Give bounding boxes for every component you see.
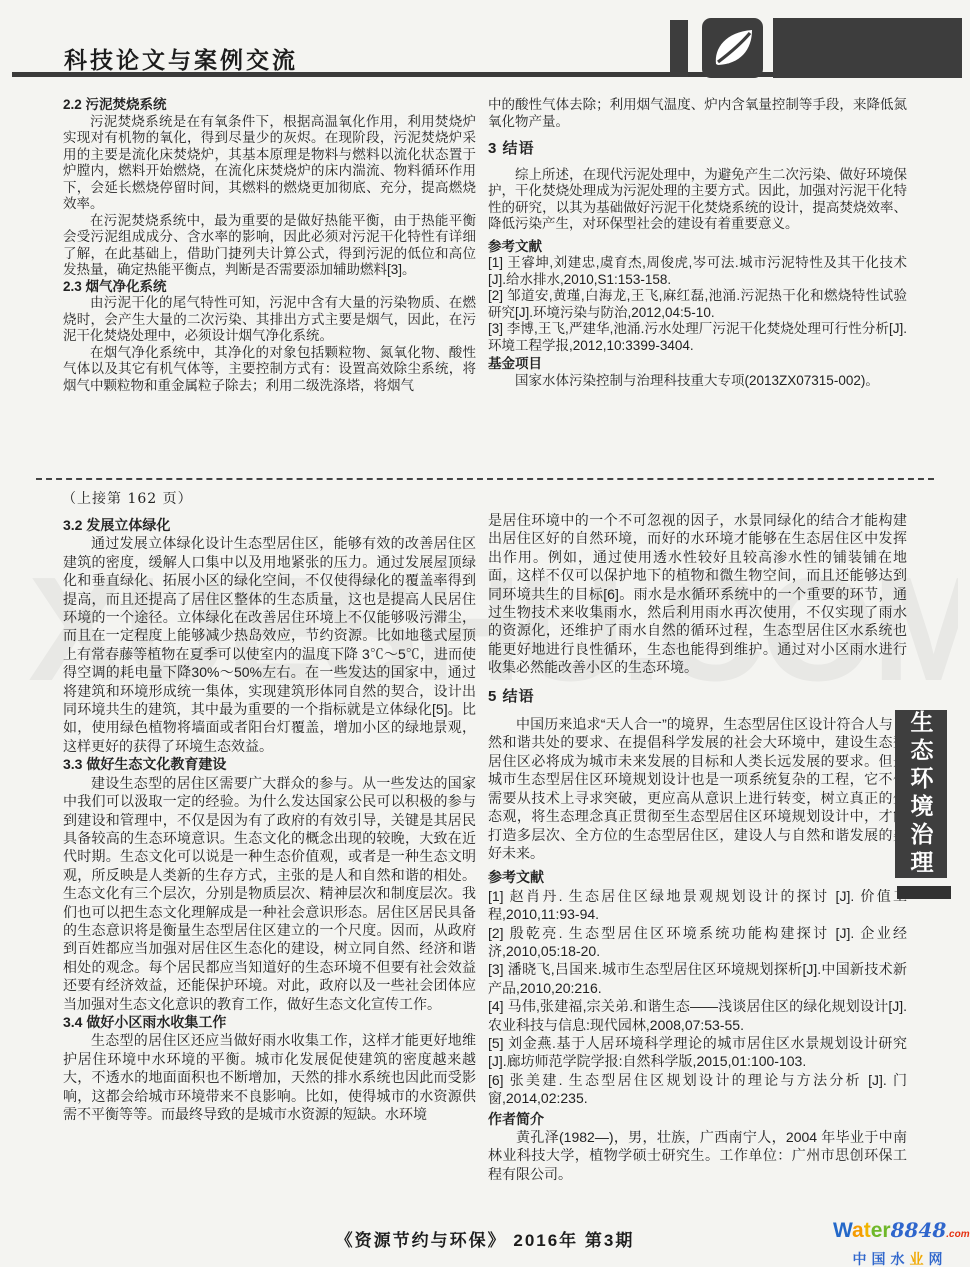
brand-letter: t — [864, 1219, 871, 1242]
brand-letter: r — [882, 1219, 890, 1242]
brand-letter: e — [871, 1219, 883, 1242]
reference-item: [2] 邹道安,黄瑾,白海龙,王飞,麻红磊,池涌.污泥热干化和燃烧特性试验研究[… — [488, 288, 907, 321]
bottom-article-left-column: 3.2 发展立体绿化 通过发展立体绿化设计生态型居住区，能够有效的改善居住区建筑… — [63, 516, 476, 1123]
journal-logo — [702, 18, 763, 78]
heading-flue-gas-purification: 2.3 烟气净化系统 — [63, 279, 476, 296]
heading-references-bottom: 参考文献 — [488, 868, 907, 886]
tagline-char: 水 — [891, 1251, 910, 1267]
paragraph-rainwater-continued: 是居住环境中的一个不可忽视的因子，水景同绿化的结合才能构建出居住区好的自然环境，… — [488, 511, 907, 677]
paragraph-flue-gas-continued: 中的酸性气体去除；利用烟气温度、炉内含氧量控制等手段，来降低氮氧化物产量。 — [488, 97, 907, 130]
paragraph-eco-culture: 建设生态型的居住区需要广大群众的参与。从一些发达的国家中我们可以汲取一定的经验。… — [63, 774, 476, 1013]
page-title: 科技论文与案例交流 — [64, 42, 298, 75]
brand-letter: W — [833, 1219, 852, 1242]
tagline-char: 网 — [929, 1251, 948, 1267]
brand-letter: a — [852, 1219, 864, 1242]
reference-item: [1] 赵肖丹. 生态居住区绿地景观规划设计的探讨 [J]. 价值工程,2010… — [488, 887, 907, 924]
heading-vertical-greening: 3.2 发展立体绿化 — [63, 516, 476, 534]
water8848-tagline: 中国水业网 — [833, 1249, 967, 1267]
leaf-icon — [708, 22, 758, 74]
heading-references-top: 参考文献 — [488, 239, 907, 256]
paragraph-fund-project: 国家水体污染控制与治理科技重大专项(2013ZX07315-002)。 — [488, 373, 907, 390]
water8848-wordmark: Water8848.com — [833, 1218, 967, 1247]
reference-item: [1] 王睿坤,刘建忠,虞育杰,周俊虎,岑可法.城市污泥特性及其干化技术[J].… — [488, 255, 907, 288]
reference-item: [4] 马伟,张建福,宗关弟.和谐生态——浅谈居住区的绿化规划设计[J].农业科… — [488, 997, 907, 1034]
header-band — [773, 18, 962, 78]
water8848-logo: Water8848.com 中国水业网 — [833, 1218, 967, 1267]
heading-sludge-incineration-system: 2.2 污泥焚烧系统 — [63, 97, 476, 114]
brand-tld: .com — [946, 1229, 969, 1240]
reference-item: [6] 张美建. 生态型居住区规划设计的理论与方法分析 [J]. 门窗,2014… — [488, 1071, 907, 1108]
journal-issue-line: 《资源节约与环保》 2016年 第3期 — [0, 1226, 970, 1251]
paragraph-incineration-2: 在污泥焚烧系统中，最为重要的是做好热能平衡，由于热能平衡会受污泥组成成分、含水率… — [63, 213, 476, 279]
side-tab-footer-bar — [897, 886, 951, 899]
heading-rainwater-collection: 3.4 做好小区雨水收集工作 — [63, 1013, 476, 1031]
top-article-right-column: 中的酸性气体去除；利用烟气温度、炉内含氧量控制等手段，来降低氮氧化物产量。 3 … — [488, 97, 907, 389]
brand-number: 8848 — [891, 1218, 947, 1242]
paragraph-flue-gas-1: 由污泥干化的尾气特性可知，污泥中含有大量的污染物质、在燃烧时，会产生大量的二次污… — [63, 295, 476, 345]
reference-item: [3] 潘晓飞,吕国来.城市生态型居住区环境规划探析[J].中国新技术新产品,2… — [488, 960, 907, 997]
reference-item: [2] 殷乾亮. 生态型居住区环境系统功能构建探讨 [J]. 企业经济,2010… — [488, 924, 907, 961]
paragraph-incineration-1: 污泥焚烧系统是在有氧条件下，根据高温氧化作用，利用焚烧炉实现对有机物的氧化，得到… — [63, 114, 476, 213]
heading-conclusion-3: 3 结语 — [488, 141, 907, 158]
tagline-char: 中 — [853, 1251, 872, 1267]
bottom-article-right-column: 是居住环境中的一个不可忽视的因子，水景同绿化的结合才能构建出居住区好的自然环境，… — [488, 511, 907, 1183]
heading-fund-project: 基金项目 — [488, 356, 907, 373]
side-tab-category: 生态环境治理 — [895, 710, 947, 878]
continuation-note: （上接第 162 页） — [62, 488, 193, 508]
reference-item: [3] 李博,王飞,严建华,池涌.污水处理厂污泥干化焚烧处理可行性分析[J].环… — [488, 321, 907, 354]
tagline-char: 国 — [872, 1251, 891, 1267]
logo-accent-bar — [670, 20, 688, 77]
paragraph-conclusion-3: 综上所述，在现代污泥处理中，为避免产生二次污染、做好环境保护，干化焚烧处理成为污… — [488, 167, 907, 233]
paragraph-rainwater: 生态型的居住区还应当做好雨水收集工作，这样才能更好地维护居住环境中水环境的平衡。… — [63, 1031, 476, 1123]
journal-page: 科技论文与案例交流 XUESHU.COM 2.2 污泥焚烧系统 污泥焚烧系统是在… — [0, 0, 970, 1267]
side-tab-label: 生态环境治理 — [905, 710, 938, 878]
paragraph-author-bio: 黄孔泽(1982—)，男，壮族，广西南宁人，2004 年毕业于中南林业科技大学，… — [488, 1128, 907, 1183]
paragraph-vertical-greening: 通过发展立体绿化设计生态型居住区，能够有效的改善居住区建筑的密度，缓解人口集中以… — [63, 534, 476, 755]
top-article-left-column: 2.2 污泥焚烧系统 污泥焚烧系统是在有氧条件下，根据高温氧化作用，利用焚烧炉实… — [63, 97, 476, 394]
paragraph-conclusion-5: 中国历来追求“天人合一”的境界，生态型居住区设计符合人与自然和谐共处的要求、在提… — [488, 715, 907, 862]
tagline-char: 业 — [910, 1251, 929, 1267]
paragraph-flue-gas-2: 在烟气净化系统中，其净化的对象包括颗粒物、氮氧化物、酸性气体以及其它有机气体等，… — [63, 345, 476, 395]
heading-author-bio: 作者简介 — [488, 1110, 907, 1128]
heading-eco-culture-education: 3.3 做好生态文化教育建设 — [63, 755, 476, 773]
heading-conclusion-5: 5 结语 — [488, 688, 907, 706]
reference-item: [5] 刘金燕.基于人居环境科学理论的城市居住区水景规划设计研究[J].廊坊师范… — [488, 1034, 907, 1071]
section-divider — [36, 478, 934, 480]
